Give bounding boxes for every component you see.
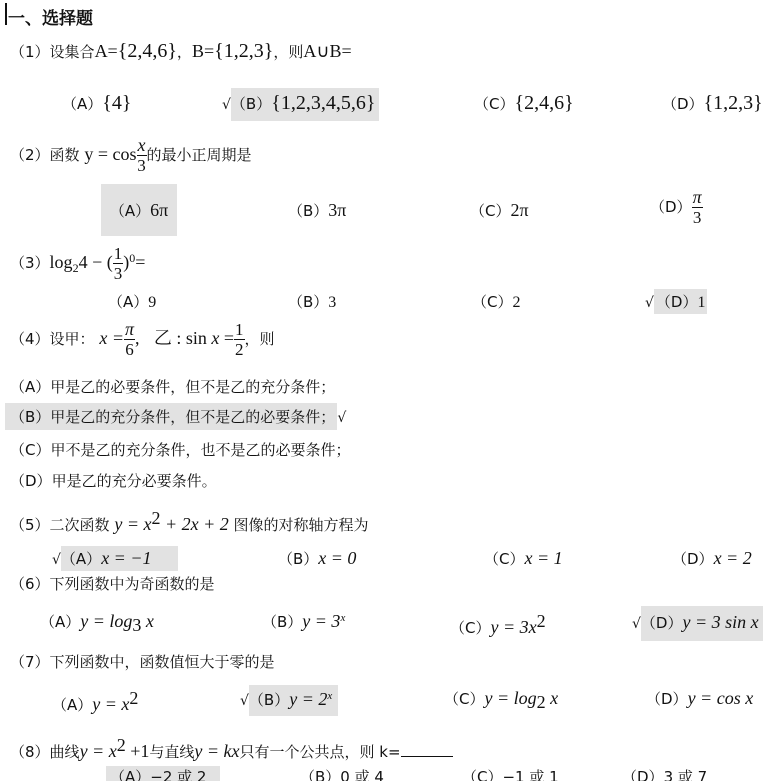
option-value: {4} [102, 92, 131, 114]
option-value: y = 2 [289, 689, 327, 709]
q2-option-a[interactable]: （A）6π [101, 184, 177, 236]
option-value: y = log [80, 611, 132, 631]
q2-option-c[interactable]: （C）2π [470, 200, 529, 221]
option-value: x [141, 611, 154, 631]
q7-option-b[interactable]: √（B）y = 2x [240, 685, 338, 716]
question-6-stem: （6）下列函数中为奇函数的是 [10, 573, 215, 594]
q1-option-a[interactable]: （A）{4} [62, 92, 131, 115]
q8-option-c[interactable]: （C）−1 或 1 [462, 766, 559, 781]
checkmark-icon: √ [645, 295, 654, 311]
option-label: （D） [672, 550, 714, 568]
option-label: （C） [450, 619, 490, 637]
option-label: （B） [288, 293, 328, 311]
option-label: （D） [646, 690, 688, 708]
question-number: （8） [10, 743, 50, 761]
q4-option-a[interactable]: （A）甲是乙的必要条件，但不是乙的充分条件； [10, 376, 335, 397]
numerator: π [692, 188, 703, 208]
math: A∪B= [303, 41, 351, 61]
option-label: （A） [108, 293, 148, 311]
stem-text: 只有一个公共点，则 k= [239, 743, 400, 761]
option-value: y = x [92, 694, 129, 714]
option-value: 甲不是乙的充分条件，也不是乙的必要条件； [50, 441, 350, 459]
checkmark-icon: √ [240, 693, 249, 709]
q8-option-d[interactable]: （D）3 或 7 [622, 766, 707, 781]
option-label: （B） [288, 202, 328, 220]
math: +1 [126, 741, 150, 761]
option-value: 0 或 4 [340, 768, 384, 781]
question-8-stem: （8）曲线y = x2 +1与直线y = kx只有一个公共点，则 k= [10, 735, 453, 762]
denominator: 3 [113, 264, 124, 283]
math: 乙 : sin [154, 328, 212, 348]
option-label: （C） [462, 768, 502, 781]
q1-option-d[interactable]: （D）{1,2,3} [662, 92, 763, 115]
q3-option-b[interactable]: （B）3 [288, 291, 336, 312]
q4-option-d[interactable]: （D）甲是乙的充分必要条件。 [10, 470, 217, 491]
option-label: （B） [10, 408, 50, 426]
option-label: （C） [470, 202, 510, 220]
option-label: （B） [278, 550, 318, 568]
option-label: （A） [61, 550, 101, 568]
q5-option-c[interactable]: （C）x = 1 [484, 548, 563, 569]
stem-text: 图像的对称轴方程为 [234, 516, 369, 534]
question-number: （5） [10, 516, 50, 534]
math: y = x [114, 514, 151, 534]
q1-option-c[interactable]: （C）{2,4,6} [474, 92, 574, 115]
stem-text: 下列函数中为奇函数的是 [50, 575, 215, 593]
option-label: （A） [40, 613, 80, 631]
question-number: （3） [10, 254, 50, 272]
q2-option-b[interactable]: （B）3π [288, 200, 346, 221]
option-label: （B） [231, 95, 271, 113]
denominator: 3 [692, 208, 703, 227]
q7-option-d[interactable]: （D）y = cos x [646, 688, 753, 709]
option-label: （D） [662, 95, 704, 113]
option-value: {1,2,3,4,5,6} [271, 92, 375, 114]
q2-option-d[interactable]: （D）π3 [650, 188, 703, 227]
option-label: （C） [444, 690, 484, 708]
option-value: x = −1 [101, 548, 151, 568]
stem-text: ， [177, 43, 192, 61]
option-value: y = 3 sin x [682, 612, 758, 632]
fraction: π3 [692, 188, 703, 227]
option-value: y = 3 [302, 611, 340, 631]
denominator: 6 [124, 340, 135, 359]
text-cursor [5, 3, 7, 25]
checkmark-icon: √ [337, 410, 346, 426]
question-2-stem: （2）函数 y = cosx3的最小正周期是 [10, 136, 252, 175]
math: A= [95, 41, 118, 61]
math: x = [99, 328, 124, 348]
option-label: （B） [262, 613, 302, 631]
numerator: 1 [113, 244, 124, 264]
question-7-stem: （7）下列函数中，函数值恒大于零的是 [10, 651, 275, 672]
stem-text: 设甲： [50, 330, 95, 348]
question-number: （2） [10, 146, 50, 164]
option-value: 9 [148, 294, 156, 311]
stem-text: 设集合 [50, 43, 95, 61]
math: 4 − ( [79, 252, 113, 272]
q3-option-a[interactable]: （A）9 [108, 291, 156, 312]
option-label: （C） [472, 293, 512, 311]
q4-option-b[interactable]: （B）甲是乙的充分条件，但不是乙的必要条件；√ [5, 403, 346, 430]
question-4-stem: （4）设甲： x =π6, 乙 : sin x =12，则 [10, 320, 275, 359]
option-value: x = 0 [318, 548, 356, 568]
math: y = x [80, 741, 117, 761]
option-value: −2 或 2 [150, 768, 206, 781]
denominator: 3 [137, 156, 147, 175]
option-value: 3 或 7 [664, 768, 708, 781]
fraction: π6 [124, 320, 135, 359]
option-label: （C） [474, 95, 514, 113]
math-set: {1,2,3} [214, 40, 273, 62]
section-title: 一、选择题 [8, 4, 93, 29]
math: log [50, 252, 73, 272]
answer-blank[interactable] [401, 742, 453, 757]
option-label: （D） [622, 768, 664, 781]
math: B= [192, 41, 214, 61]
exponent: x [340, 612, 345, 624]
q5-option-a[interactable]: √（A）x = −1 [52, 546, 178, 571]
q6-option-d[interactable]: √（D）y = 3 sin x [632, 606, 763, 641]
option-value: 1 [697, 294, 705, 311]
math: = [135, 252, 145, 272]
exponent: 2 [117, 735, 126, 755]
option-value: {2,4,6} [514, 92, 573, 114]
exponent: 2 [129, 688, 138, 708]
stem-text: ，则 [273, 43, 303, 61]
math: = [219, 328, 234, 348]
numerator: π [124, 320, 135, 340]
numerator: 1 [234, 320, 245, 340]
q6-option-b[interactable]: （B）y = 3x [262, 611, 345, 632]
math: y = cos [84, 144, 136, 164]
question-5-stem: （5）二次函数 y = x2 + 2x + 2 图像的对称轴方程为 [10, 508, 369, 535]
exponent: 2 [537, 611, 546, 631]
option-label: （D） [641, 614, 683, 632]
option-label: （A） [110, 202, 150, 220]
option-value: 甲是乙的充分条件，但不是乙的必要条件； [50, 408, 335, 426]
q6-option-c[interactable]: （C）y = 3x2 [450, 611, 546, 638]
math: + 2x + 2 [160, 514, 228, 534]
math: y = kx [194, 741, 239, 761]
option-label: （B） [249, 691, 289, 709]
q7-option-a[interactable]: （A）y = x2 [52, 688, 138, 715]
q3-option-c[interactable]: （C）2 [472, 291, 520, 312]
option-value: y = 3x [490, 617, 536, 637]
checkmark-icon: √ [52, 552, 61, 568]
stem-text: 与直线 [149, 743, 194, 761]
option-value: 3π [328, 200, 346, 220]
denominator: 2 [234, 340, 245, 359]
q5-option-b[interactable]: （B）x = 0 [278, 548, 356, 569]
stem-text: 曲线 [50, 743, 80, 761]
option-value: x = 2 [714, 548, 752, 568]
question-3-stem: （3）log24 − (13)0= [10, 244, 145, 283]
question-number: （6） [10, 575, 50, 593]
math: , [135, 328, 140, 348]
q4-option-c[interactable]: （C）甲不是乙的充分条件，也不是乙的必要条件； [10, 439, 351, 460]
log-base: 2 [537, 692, 546, 712]
question-number: （1） [10, 43, 50, 61]
option-value: 甲是乙的充分必要条件。 [52, 472, 217, 490]
fraction: 12 [234, 320, 245, 359]
question-number: （4） [10, 330, 50, 348]
q3-option-d[interactable]: √（D）1 [645, 289, 707, 314]
q5-option-d[interactable]: （D）x = 2 [672, 548, 752, 569]
option-label: （A） [10, 378, 50, 396]
q6-option-a[interactable]: （A）y = log3 x [40, 611, 154, 636]
math-set: {2,4,6} [118, 40, 177, 62]
stem-text: 二次函数 [50, 516, 110, 534]
stem-text: 函数 [50, 146, 80, 164]
option-label: （D） [10, 472, 52, 490]
q1-option-b[interactable]: √（B）{1,2,3,4,5,6} [222, 88, 379, 121]
stem-text: 的最小正周期是 [147, 146, 252, 164]
q8-option-b[interactable]: （B）0 或 4 [300, 766, 384, 781]
question-number: （7） [10, 653, 50, 671]
stem-text: 下列函数中，函数值恒大于零的是 [50, 653, 275, 671]
q8-option-a[interactable]: （A）−2 或 2 [106, 766, 220, 781]
option-value: x = 1 [524, 548, 562, 568]
exponent: x [327, 690, 332, 702]
fraction: x3 [137, 136, 147, 175]
option-value: {1,2,3} [704, 92, 763, 114]
numerator: x [137, 136, 147, 156]
option-label: （A） [52, 696, 92, 714]
option-value: 3 [328, 294, 336, 311]
checkmark-icon: √ [632, 616, 641, 632]
option-value: y = log [484, 688, 536, 708]
option-label: （C） [10, 441, 50, 459]
option-value: x [546, 688, 559, 708]
option-label: （A） [110, 768, 150, 781]
option-value: 6π [150, 200, 168, 220]
checkmark-icon: √ [222, 97, 231, 113]
option-label: （B） [300, 768, 340, 781]
fraction: 13 [113, 244, 124, 283]
option-label: （C） [484, 550, 524, 568]
q7-option-c[interactable]: （C）y = log2 x [444, 688, 558, 713]
question-1-stem: （1）设集合A={2,4,6}，B={1,2,3}，则A∪B= [10, 40, 352, 63]
option-value: 甲是乙的必要条件，但不是乙的充分条件； [50, 378, 335, 396]
option-value: 2 [512, 294, 520, 311]
stem-text: ，则 [245, 330, 275, 348]
option-value: 2π [510, 200, 528, 220]
option-label: （A） [62, 95, 102, 113]
option-label: （D） [650, 198, 692, 216]
option-label: （D） [656, 293, 698, 311]
option-value: −1 或 1 [502, 768, 558, 781]
option-value: y = cos x [688, 688, 754, 708]
